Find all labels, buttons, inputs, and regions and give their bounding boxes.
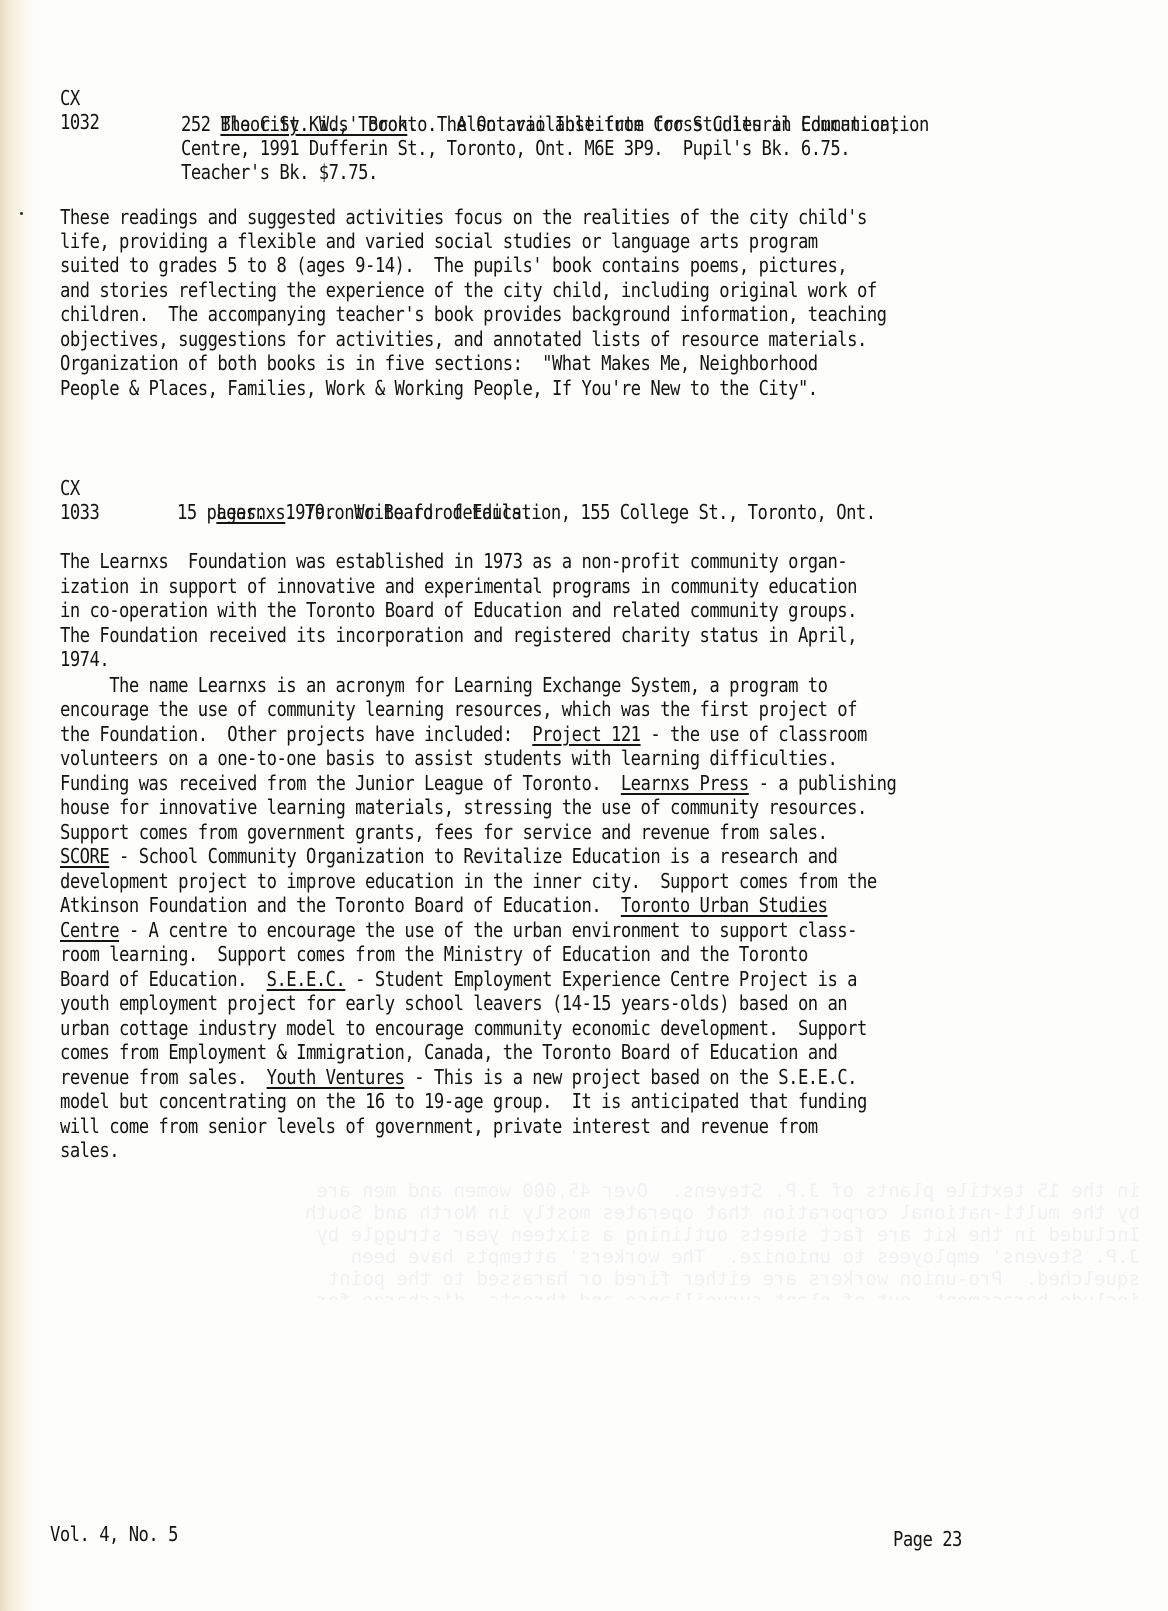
description-text: the Foundation. Other projects have incl… (60, 722, 532, 746)
description-line: youth employment project for early schoo… (60, 991, 847, 1015)
bleed-through-text: in the 15 textile plants of J.P. Stevens… (60, 1180, 1140, 1300)
description-text: - a publishing (749, 771, 897, 795)
description-text: The name Learnxs is an acronym for Learn… (60, 673, 827, 697)
description-text: room learning. Support comes from the Mi… (60, 942, 808, 966)
description-text: Funding was received from the Junior Lea… (60, 771, 621, 795)
description-line: Centre - A centre to encourage the use o… (60, 918, 857, 942)
citation-line: Teacher's Bk. $7.75. (181, 160, 378, 184)
description-line: urban cottage industry model to encourag… (60, 1016, 867, 1040)
description-line: The Learnxs Foundation was established i… (60, 549, 847, 573)
project-name: Youth Ventures (267, 1065, 405, 1089)
page-number: Page 23 (893, 1527, 962, 1551)
description-text: development project to improve education… (60, 869, 877, 893)
citation-line: 252 Bloor St. W., Toronto. Also availabl… (181, 112, 929, 136)
description-text: - A centre to encourage the use of the u… (119, 918, 857, 942)
description-line: Support comes from government grants, fe… (60, 820, 827, 844)
description-line: children. The accompanying teacher's boo… (60, 302, 887, 326)
description-text: model but concentrating on the 16 to 19-… (60, 1089, 867, 1113)
description-line: comes from Employment & Immigration, Can… (60, 1040, 837, 1064)
entry-code-number: 1033 (60, 500, 99, 524)
description-text: urban cottage industry model to encourag… (60, 1016, 867, 1040)
description-text: Board of Education. (60, 967, 267, 991)
description-line: The name Learnxs is an acronym for Learn… (60, 673, 827, 697)
description-line: These readings and suggested activities … (60, 205, 867, 229)
description-text: ization in support of innovative and exp… (60, 574, 857, 598)
description-line: house for innovative learning materials,… (60, 795, 867, 819)
description-line: and stories reflecting the experience of… (60, 278, 877, 302)
description-text: youth employment project for early schoo… (60, 991, 847, 1015)
entry-code-prefix: CX (60, 86, 80, 110)
description-line: Organization of both books is in five se… (60, 351, 818, 375)
description-line: SCORE - School Community Organization to… (60, 844, 837, 868)
scan-speck (20, 212, 23, 215)
description-text: - School Community Organization to Revit… (109, 844, 837, 868)
description-line: will come from senior levels of governme… (60, 1114, 818, 1138)
description-line: People & Places, Families, Work & Workin… (60, 376, 818, 400)
description-line: suited to grades 5 to 8 (ages 9-14). The… (60, 253, 847, 277)
description-line: life, providing a flexible and varied so… (60, 229, 818, 253)
description-text: house for innovative learning materials,… (60, 795, 867, 819)
description-line: sales. (60, 1138, 119, 1162)
description-text: revenue from sales. (60, 1065, 267, 1089)
entry-code-number: 1032 (60, 110, 99, 134)
description-text: Support comes from government grants, fe… (60, 820, 827, 844)
citation-line: Centre, 1991 Dufferin St., Toronto, Ont.… (181, 136, 850, 160)
description-text: - Student Employment Experience Centre P… (345, 967, 857, 991)
description-text: - the use of classroom (641, 722, 867, 746)
description-line: objectives, suggestions for activities, … (60, 327, 867, 351)
description-text: sales. (60, 1138, 119, 1162)
project-name: S.E.E.C. (267, 967, 346, 991)
description-line: volunteers on a one-to-one basis to assi… (60, 746, 837, 770)
description-text: comes from Employment & Immigration, Can… (60, 1040, 837, 1064)
description-line: development project to improve education… (60, 869, 877, 893)
description-text: The Learnxs Foundation was established i… (60, 549, 847, 573)
description-text: volunteers on a one-to-one basis to assi… (60, 746, 837, 770)
description-line: the Foundation. Other projects have incl… (60, 722, 867, 746)
citation-line: 15 pages. 1979. Write for details. (177, 500, 531, 524)
description-line: ization in support of innovative and exp… (60, 574, 857, 598)
description-line: room learning. Support comes from the Mi… (60, 942, 808, 966)
project-name: Centre (60, 918, 119, 942)
description-text: encourage the use of community learning … (60, 697, 857, 721)
description-line: 1974. (60, 647, 109, 671)
project-name: Toronto Urban Studies (621, 893, 828, 917)
description-line: Atkinson Foundation and the Toronto Boar… (60, 893, 827, 917)
description-line: in co-operation with the Toronto Board o… (60, 598, 857, 622)
scanned-page-edge (0, 0, 40, 1611)
project-name: Learnxs Press (621, 771, 749, 795)
description-text: 1974. (60, 647, 109, 671)
description-text: Atkinson Foundation and the Toronto Boar… (60, 893, 621, 917)
description-line: encourage the use of community learning … (60, 697, 857, 721)
description-text: The Foundation received its incorporatio… (60, 623, 857, 647)
description-line: Board of Education. S.E.E.C. - Student E… (60, 967, 857, 991)
project-name: SCORE (60, 844, 109, 868)
entry-code-prefix: CX (60, 476, 80, 500)
description-line: The Foundation received its incorporatio… (60, 623, 857, 647)
description-text: will come from senior levels of governme… (60, 1114, 818, 1138)
description-line: Funding was received from the Junior Lea… (60, 771, 896, 795)
description-text: in co-operation with the Toronto Board o… (60, 598, 857, 622)
description-line: model but concentrating on the 16 to 19-… (60, 1089, 867, 1113)
description-text: - This is a new project based on the S.E… (404, 1065, 857, 1089)
volume-number: Vol. 4, No. 5 (50, 1522, 178, 1546)
description-line: revenue from sales. Youth Ventures - Thi… (60, 1065, 857, 1089)
project-name: Project 121 (532, 722, 640, 746)
